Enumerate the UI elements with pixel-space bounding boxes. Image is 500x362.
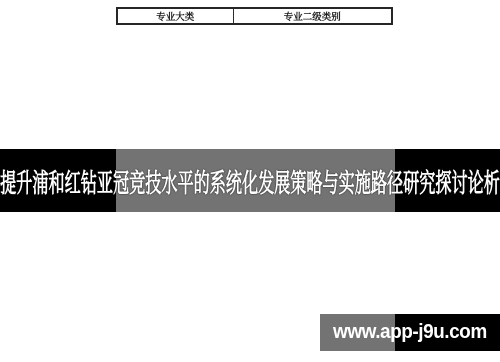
headline-text-wrap: 提升浦和红钻亚冠竞技水平的系统化发展策略与实施路径研究探讨论析 [0, 149, 500, 212]
header-major-category: 专业大类 [117, 8, 233, 24]
table-header: 专业大类 专业二级类别 [117, 8, 392, 24]
header-subcategory: 专业二级类别 [233, 8, 392, 24]
watermark-band: www.app-j9u.com [320, 314, 500, 351]
watermark-url: www.app-j9u.com [333, 321, 487, 344]
major-category-table: 专业大类 专业二级类别 [116, 7, 393, 25]
table-header-row: 专业大类 专业二级类别 [117, 8, 392, 24]
document-page: 专业大类 专业二级类别 提升浦和红钻亚冠竞技水平的系统化发展策略与实施路径研究探… [0, 0, 500, 362]
headline-overlay-band: 提升浦和红钻亚冠竞技水平的系统化发展策略与实施路径研究探讨论析 [0, 149, 500, 212]
headline-title: 提升浦和红钻亚冠竞技水平的系统化发展策略与实施路径研究探讨论析 [0, 161, 500, 200]
watermark-text-wrap: www.app-j9u.com [320, 314, 500, 351]
